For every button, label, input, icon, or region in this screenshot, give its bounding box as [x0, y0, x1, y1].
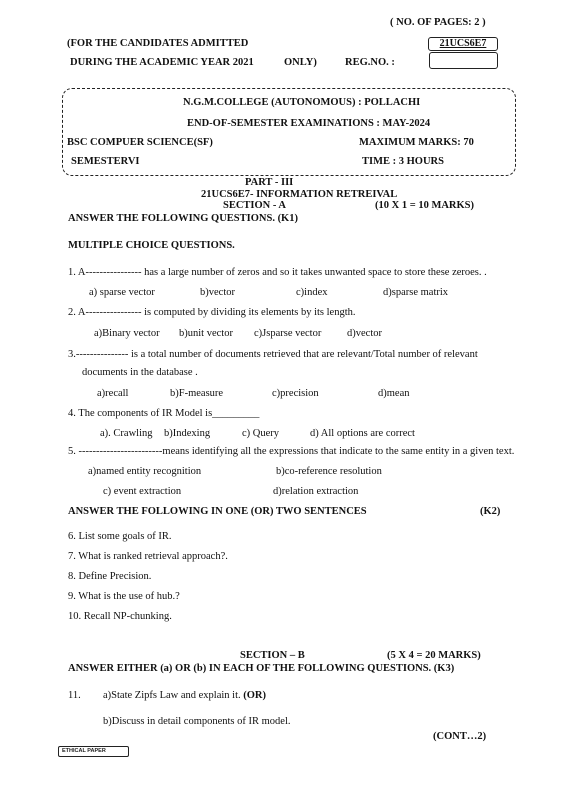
q3-option-c: c)precision [272, 388, 319, 400]
q1-option-d: d)sparse matrix [383, 287, 448, 299]
section-a-marks: (10 X 1 = 10 MARKS) [375, 200, 474, 212]
ethical-paper-label: ETHICAL PAPER [58, 746, 129, 757]
q4-option-a: a). Crawling [100, 428, 153, 440]
exam-title: END-OF-SEMESTER EXAMINATIONS : MAY-2024 [187, 118, 430, 130]
part-label: PART - III [245, 177, 293, 189]
admitted-only: ONLY) [284, 57, 317, 69]
q2-option-d: d)vector [347, 328, 382, 340]
continued-label: (CONT…2) [433, 731, 486, 743]
q3-option-d: d)mean [378, 388, 410, 400]
question-11b: b)Discuss in detail components of IR mod… [103, 716, 291, 728]
question-2: 2. A---------------- is computed by divi… [68, 307, 356, 319]
q2-option-b: b)unit vector [179, 328, 233, 340]
q5-option-d: d)relation extraction [273, 486, 358, 498]
question-4: 4. The components of IR Model is________… [68, 408, 259, 420]
question-11a-text: a)State Zipfs Law and explain it. [103, 690, 241, 701]
reg-no-label: REG.NO. : [345, 57, 395, 69]
question-10: 10. Recall NP-chunking. [68, 611, 172, 623]
exam-duration: TIME : 3 HOURS [362, 156, 444, 168]
mcq-heading: MULTIPLE CHOICE QUESTIONS. [68, 240, 235, 252]
q2-option-a: a)Binary vector [94, 328, 160, 340]
section-a-title: SECTION - A [223, 200, 286, 212]
max-marks: MAXIMUM MARKS: 70 [359, 137, 474, 149]
section-b-marks: (5 X 4 = 20 MARKS) [387, 650, 481, 662]
admitted-line-2: DURING THE ACADEMIC YEAR 2021 [70, 57, 254, 69]
question-11a: a)State Zipfs Law and explain it. (OR) [103, 690, 266, 702]
q3-option-b: b)F-measure [170, 388, 223, 400]
question-3: 3.--------------- is a total number of d… [68, 349, 478, 361]
q4-option-c: c) Query [242, 428, 279, 440]
q3-option-a: a)recall [97, 388, 128, 400]
semester: SEMESTERVI [71, 156, 140, 168]
short-answer-level: (K2) [480, 506, 500, 518]
q4-option-b: b)Indexing [164, 428, 210, 440]
question-11-or: (OR) [243, 690, 266, 701]
q5-option-c: c) event extraction [103, 486, 181, 498]
q1-option-c: c)index [296, 287, 328, 299]
question-7: 7. What is ranked retrieval approach?. [68, 551, 228, 563]
question-1: 1. A---------------- has a large number … [68, 267, 487, 279]
q5-option-a: a)named entity recognition [88, 466, 201, 478]
program-name: BSC COMPUER SCIENCE(SF) [67, 137, 213, 149]
section-a-instruction: ANSWER THE FOLLOWING QUESTIONS. (K1) [68, 213, 298, 225]
question-11-number: 11. [68, 690, 81, 702]
question-9: 9. What is the use of hub.? [68, 591, 180, 603]
q1-option-b: b)vector [200, 287, 235, 299]
q1-option-a: a) sparse vector [89, 287, 155, 299]
question-3-continued: documents in the database . [82, 367, 198, 379]
question-8: 8. Define Precision. [68, 571, 151, 583]
admitted-line-1: (FOR THE CANDIDATES ADMITTED [67, 38, 248, 50]
section-b-instruction: ANSWER EITHER (a) OR (b) IN EACH OF THE … [68, 663, 454, 675]
section-b-title: SECTION – B [240, 650, 305, 662]
reg-no-field[interactable] [429, 52, 498, 69]
q4-option-d: d) All options are correct [310, 428, 415, 440]
q5-option-b: b)co-reference resolution [276, 466, 382, 478]
q2-option-c: c)Jsparse vector [254, 328, 321, 340]
short-answer-instruction: ANSWER THE FOLLOWING IN ONE (OR) TWO SEN… [68, 506, 367, 518]
page-count: ( NO. OF PAGES: 2 ) [390, 17, 486, 29]
question-5: 5. ------------------------means identif… [68, 446, 514, 458]
question-6: 6. List some goals of IR. [68, 531, 172, 543]
college-name: N.G.M.COLLEGE (AUTONOMOUS) : POLLACHI [183, 97, 420, 109]
course-code-box: 21UCS6E7 [428, 37, 498, 51]
